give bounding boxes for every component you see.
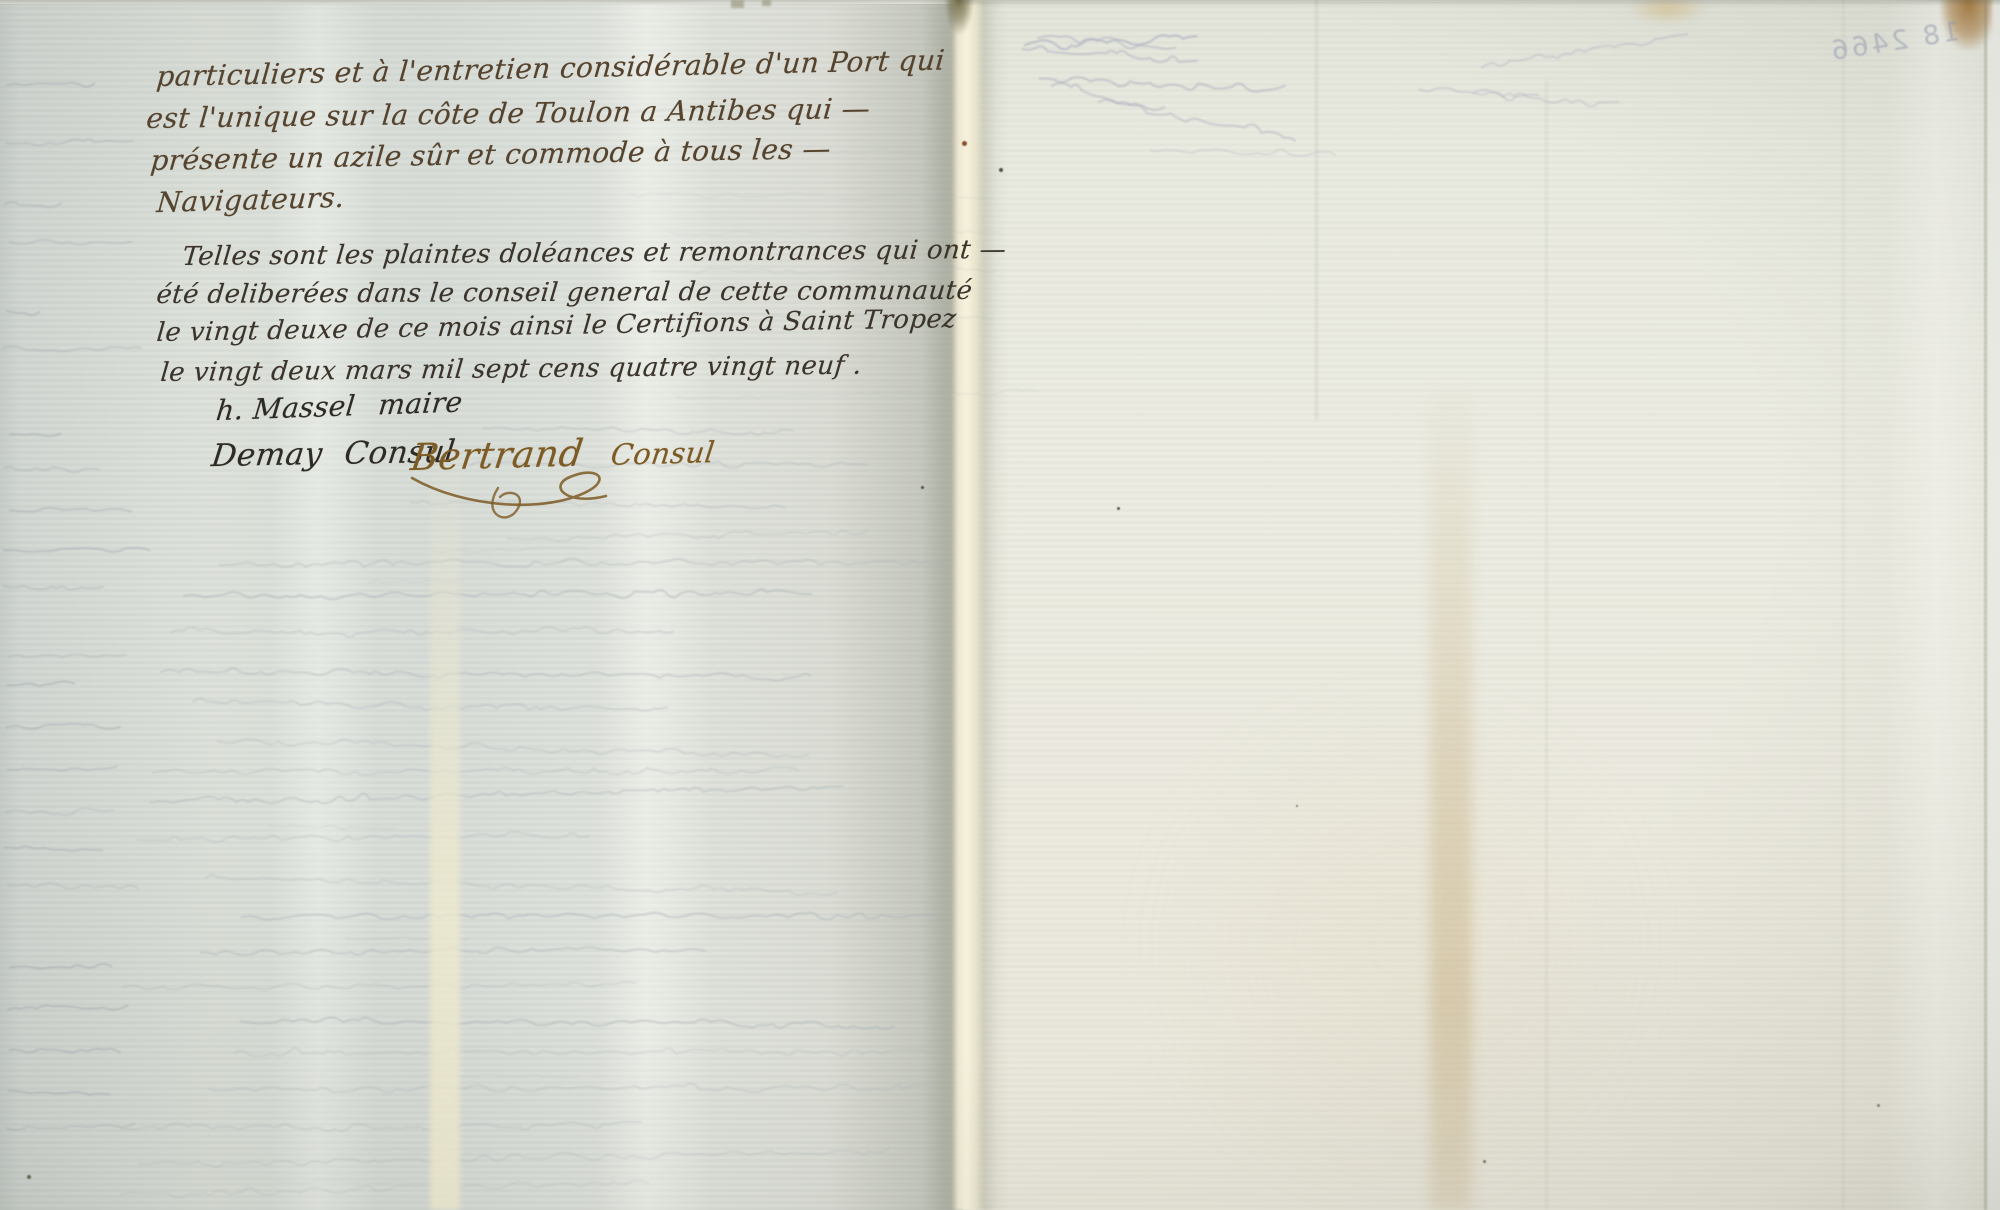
speck — [962, 141, 967, 146]
speck — [27, 1175, 31, 1179]
manuscript-line: Navigateurs. — [155, 181, 345, 219]
signature-title: Consul — [342, 434, 457, 472]
speck — [921, 486, 924, 489]
manuscript-line: été deliberées dans le conseil general d… — [155, 276, 974, 310]
manuscript-line: particuliers et à l'entretien considérab… — [155, 43, 946, 93]
signature-title: maire — [377, 385, 465, 421]
paper-right-edge — [1984, 0, 1987, 1210]
manuscript-line: Telles sont les plaintes doléances et re… — [181, 235, 1007, 272]
paper-top-edge-shadow — [0, 0, 2000, 6]
vertical-tan-stain — [1430, 380, 1472, 1210]
right-page-crease — [1842, 0, 1845, 1210]
left-page — [0, 4, 963, 1210]
manuscript-line: est l'unique sur la côte de Toulon a Ant… — [145, 92, 872, 135]
bleedthrough-ghost-writing — [0, 0, 2000, 1210]
speck — [1483, 1160, 1486, 1163]
speck — [1877, 1104, 1880, 1107]
signature-name: Demay — [210, 436, 325, 474]
speck — [1296, 805, 1298, 807]
left-page-vertical-crease — [430, 420, 460, 1210]
right-page-crease — [1545, 80, 1548, 1210]
tan-stain-top — [1625, 0, 1710, 24]
center-fold-crease — [922, 0, 1008, 1210]
signature-title: Consul — [609, 435, 717, 472]
manuscript-line: le vingt deuxe de ce mois ainsi le Certi… — [155, 304, 957, 348]
manuscript-scan: { "document": { "kind": "handwritten man… — [0, 0, 2000, 1210]
brown-stain-top-right — [1940, 0, 1992, 50]
speck — [999, 168, 1003, 172]
edge-nick — [762, 0, 771, 6]
fold-top-notch-stain — [944, 0, 974, 35]
right-page-crease — [1315, 0, 1318, 420]
archive-number-inscription: 18 2466 — [1826, 16, 1962, 67]
signature-flourish — [398, 462, 678, 542]
signature-bertrand-consul: Bertrand Consul — [408, 428, 717, 479]
scan-vignette — [0, 0, 2000, 1210]
right-page — [963, 2, 1988, 1210]
edge-nick — [731, 0, 744, 8]
signature-name: Bertrand — [408, 431, 586, 479]
manuscript-line: présente un azile sûr et commode à tous … — [149, 132, 832, 177]
signature-massel-maire: h. Massel maire — [215, 385, 465, 427]
signature-name: h. Massel — [215, 389, 357, 427]
speck — [1117, 507, 1120, 510]
warm-discoloration — [1130, 680, 1670, 1210]
signature-demay-consul: Demay Consul — [210, 434, 458, 474]
manuscript-line: le vingt deux mars mil sept cens quatre … — [159, 351, 863, 388]
